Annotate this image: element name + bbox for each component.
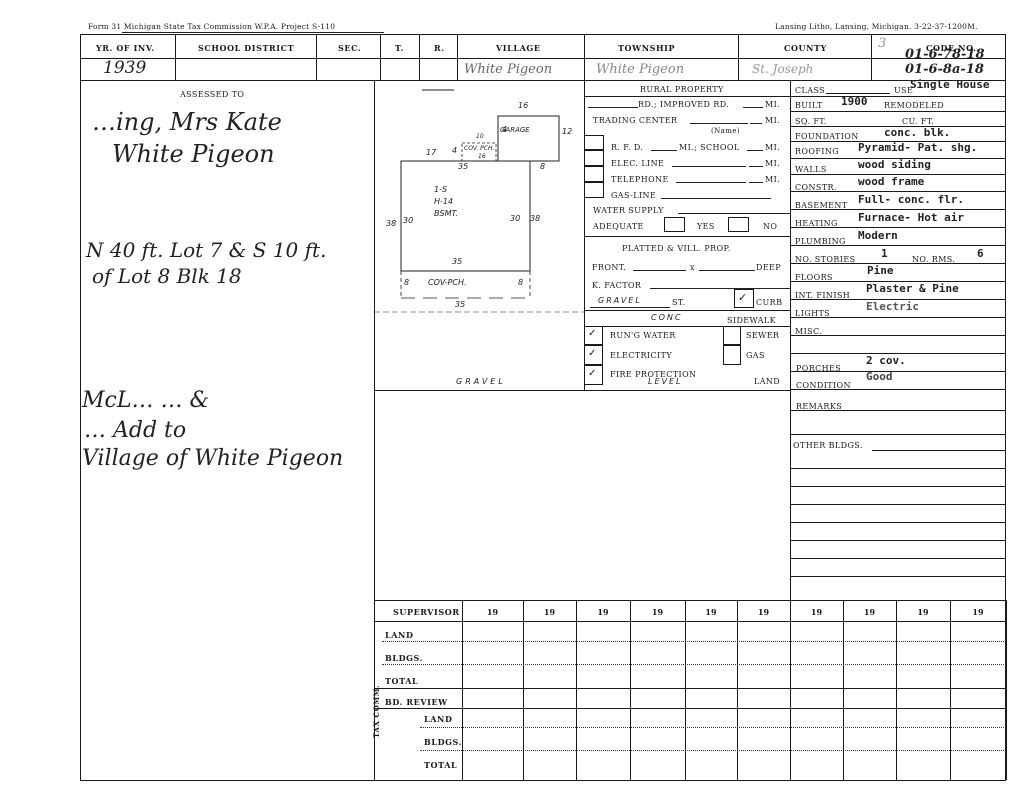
- dotted-rule: [382, 664, 1006, 665]
- check-mark-icon: ✓: [588, 348, 596, 359]
- use-value[interactable]: Single House: [910, 78, 989, 91]
- col-r: R.: [434, 43, 445, 53]
- year-column-header[interactable]: 19: [576, 607, 630, 617]
- gas-checkbox[interactable]: [723, 345, 741, 365]
- rule: [661, 198, 771, 199]
- plat-line-2[interactable]: … Add to: [84, 418, 186, 443]
- adequate-yes-label: YES: [697, 222, 715, 231]
- land-value[interactable]: LEVEL: [648, 377, 683, 386]
- dotted-rule: [420, 750, 1006, 751]
- valuation-col-divider: [523, 600, 524, 780]
- total-row-label: TOTAL: [385, 676, 418, 686]
- rule: [790, 558, 1006, 559]
- rule: [790, 191, 1006, 192]
- k-factor-label: K. FACTOR: [592, 281, 641, 290]
- code-mark: 3: [878, 36, 886, 51]
- col-divider: [316, 34, 317, 80]
- sketch-bottom: [374, 390, 790, 391]
- rooms-value[interactable]: 6: [977, 247, 984, 260]
- check-mark-icon: ✓: [588, 368, 596, 379]
- rule: [374, 688, 1006, 689]
- trading-center-label: TRADING CENTER: [593, 116, 677, 125]
- rule: [790, 504, 1006, 505]
- rule: [790, 317, 1006, 318]
- legal-desc-1[interactable]: N 40 ft. Lot 7 & S 10 ft.: [86, 238, 326, 262]
- building-sketch: [374, 80, 584, 390]
- walls-value[interactable]: wood siding: [858, 158, 931, 171]
- floors-value[interactable]: Pine: [867, 264, 894, 277]
- rule: [790, 576, 1006, 577]
- house-info-1: 1-S: [434, 185, 447, 194]
- land-row-label: LAND: [385, 630, 413, 640]
- year-column-header[interactable]: 19: [950, 607, 1006, 617]
- rule: [690, 123, 748, 124]
- valuation-col-divider: [685, 600, 686, 780]
- electricity-label: ELECTRICITY: [610, 351, 672, 360]
- valuation-col-divider: [896, 600, 897, 780]
- electricity-checkbox[interactable]: ✓: [584, 345, 603, 365]
- rule: [790, 468, 1006, 469]
- village-value[interactable]: White Pigeon: [464, 62, 552, 77]
- garage-side-dim: 12: [562, 127, 572, 136]
- rule: [651, 150, 677, 151]
- county-value[interactable]: St. Joseph: [752, 62, 813, 76]
- rd-label: RD.; IMPROVED RD.: [638, 100, 729, 109]
- basement-value[interactable]: Full- conc. flr.: [858, 193, 964, 206]
- code-line-1[interactable]: 01-6-78-18: [905, 47, 985, 62]
- garage-top-dim: 16: [518, 101, 528, 110]
- name-hint: (Name): [711, 127, 740, 135]
- assessed-to-label: ASSESSED TO: [180, 90, 244, 99]
- elec-line-label: ELEC. LINE: [611, 159, 664, 168]
- valuation-col-divider: [843, 600, 844, 780]
- rule: [790, 389, 1006, 390]
- rule: [790, 335, 1006, 336]
- telephone-checkbox[interactable]: [584, 166, 604, 182]
- rule: [872, 450, 1006, 451]
- left-inner-dim: 30: [403, 216, 413, 225]
- x-label: x: [690, 263, 695, 272]
- rule: [749, 166, 763, 167]
- year-column-header[interactable]: 19: [685, 607, 737, 617]
- rfd-checkbox[interactable]: [584, 135, 604, 150]
- house-bottom-dim: 35: [452, 257, 462, 266]
- porch-side-dim: 4: [452, 146, 457, 155]
- valuation-col-divider: [790, 600, 791, 780]
- right-inner-dim: 30: [510, 214, 520, 223]
- check-mark-icon: ✓: [588, 328, 596, 339]
- rule: [374, 621, 1006, 622]
- supervisor-label: SUPERVISOR: [393, 607, 460, 617]
- garage-label: GARAGE: [500, 126, 530, 134]
- col-school-district: SCHOOL DISTRICT: [198, 43, 294, 53]
- owner-city[interactable]: White Pigeon: [112, 140, 275, 168]
- rule: [650, 288, 790, 289]
- sidewalk-label: SIDEWALK: [727, 316, 776, 325]
- left-outer-dim: 38: [386, 219, 396, 228]
- rule: [374, 600, 1006, 601]
- gas-line-checkbox[interactable]: [584, 182, 604, 198]
- street-label: GRAVEL: [456, 377, 506, 386]
- printer-note: Lansing Litho, Lansing, Michigan. 3-22-3…: [775, 22, 978, 31]
- school-mi: MI.: [765, 143, 780, 152]
- street-value[interactable]: GRAVEL: [598, 296, 642, 305]
- rule: [749, 182, 763, 183]
- adequate-no-checkbox[interactable]: [728, 217, 749, 232]
- year-column-header[interactable]: 19: [630, 607, 685, 617]
- int-finish-value[interactable]: Plaster & Pine: [866, 282, 959, 295]
- rule: [790, 227, 1006, 228]
- year-column-header[interactable]: 19: [790, 607, 843, 617]
- dotted-rule: [382, 641, 1006, 642]
- col-divider: [584, 34, 585, 80]
- remodeled-label: REMODELED: [884, 101, 944, 110]
- rule: [672, 166, 746, 167]
- col-divider: [380, 34, 381, 80]
- heating-value[interactable]: Furnace- Hot air: [858, 211, 964, 224]
- roofing-value[interactable]: Pyramid- Pat. shg.: [858, 141, 977, 154]
- title-underline: [122, 32, 384, 33]
- valuation-col-divider: [950, 600, 951, 780]
- col-divider: [457, 34, 458, 80]
- plat-line-3[interactable]: Village of White Pigeon: [82, 446, 343, 471]
- rule: [790, 434, 1006, 435]
- constr-value[interactable]: wood frame: [858, 175, 924, 188]
- rule: [590, 307, 670, 308]
- rule: [790, 209, 1006, 210]
- roofing-label: ROOFING: [795, 147, 839, 156]
- col-yr-of-inv: YR. OF INV.: [96, 43, 155, 53]
- valuation-col-divider: [1006, 600, 1007, 780]
- rule: [584, 326, 790, 327]
- sewer-checkbox[interactable]: [723, 326, 741, 345]
- dotted-rule: [420, 727, 1006, 728]
- rule: [790, 245, 1006, 246]
- curb-label: CURB: [756, 298, 782, 307]
- telephone-label: TELEPHONE: [611, 175, 669, 184]
- header-divider: [80, 58, 1006, 59]
- foundation-label: FOUNDATION: [795, 132, 859, 141]
- elec-line-checkbox[interactable]: [584, 150, 604, 166]
- rule: [584, 310, 790, 311]
- gas-line-label: GAS-LINE: [611, 191, 656, 200]
- adequate-label: ADEQUATE: [593, 222, 644, 231]
- year-column-header[interactable]: 19: [843, 607, 896, 617]
- front-porch-label: COV-PCH.: [428, 278, 467, 287]
- rule: [826, 93, 890, 94]
- rule: [790, 111, 1006, 112]
- rule: [584, 96, 790, 97]
- rule: [750, 123, 762, 124]
- front-label: FRONT.: [592, 263, 626, 272]
- tc-total-label: TOTAL: [424, 760, 457, 770]
- sidewalk-value[interactable]: CONC: [651, 313, 682, 322]
- year-column-header[interactable]: 19: [896, 607, 950, 617]
- township-value[interactable]: White Pigeon: [596, 62, 684, 77]
- platted-title: PLATTED & VILL. PROP.: [622, 244, 731, 253]
- rule: [790, 540, 1006, 541]
- valuation-col-divider: [462, 600, 463, 780]
- right-outer-dim: 38: [530, 214, 540, 223]
- other-bldgs-label: OTHER BLDGS.: [793, 441, 863, 450]
- running-water-checkbox[interactable]: ✓: [584, 326, 603, 345]
- rule: [588, 107, 638, 108]
- rule: [790, 371, 1006, 372]
- tc-bldgs-label: BLDGS.: [424, 737, 462, 747]
- elec-mi: MI.: [765, 159, 780, 168]
- col-divider: [175, 34, 176, 80]
- porch-top-dim: 10: [476, 133, 484, 140]
- bldgs-row-label: BLDGS.: [385, 653, 423, 663]
- house-info-3: BSMT.: [434, 209, 458, 218]
- stories-value[interactable]: 1: [881, 247, 888, 260]
- built-label: BUILT: [795, 101, 823, 110]
- adequate-yes-checkbox[interactable]: [664, 217, 685, 232]
- rule: [678, 213, 790, 214]
- telephone-mi: MI.: [765, 175, 780, 184]
- condition-value[interactable]: Good: [866, 370, 893, 383]
- cuft-label: CU. FT.: [902, 117, 934, 126]
- gas-label: GAS: [746, 351, 765, 360]
- sqft-label: SQ. FT.: [795, 117, 827, 126]
- code-line-2[interactable]: 01-6-8a-18: [905, 62, 984, 77]
- right-top-dim: 8: [540, 162, 545, 171]
- year-value[interactable]: 1939: [103, 58, 146, 78]
- st-label: ST.: [672, 298, 685, 307]
- porch-label: COV. PCH.: [464, 145, 494, 152]
- bd-review-label: BD. REVIEW: [385, 697, 448, 707]
- tax-comm-label: TAX COMM.: [372, 698, 381, 738]
- col-divider: [871, 34, 872, 80]
- col-township: TOWNSHIP: [618, 43, 675, 53]
- water-supply-label: WATER SUPPLY: [593, 206, 664, 215]
- rule: [584, 236, 790, 237]
- rfd-school: MI.; SCHOOL: [679, 143, 740, 152]
- year-column-header[interactable]: 19: [737, 607, 790, 617]
- owner-name[interactable]: …ing, Mrs Kate: [92, 108, 282, 136]
- tc-land-label: LAND: [424, 714, 452, 724]
- curb-checkbox[interactable]: ✓: [734, 289, 754, 308]
- built-value[interactable]: 1900: [841, 95, 868, 108]
- running-water-label: RUN'G WATER: [610, 331, 676, 340]
- front-bottom-dim: 35: [455, 300, 465, 309]
- rule: [790, 96, 1006, 97]
- class-label: CLASS: [795, 86, 825, 95]
- left-top-dim: 17: [426, 148, 436, 157]
- sewer-label: SEWER: [746, 331, 779, 340]
- house-top-dim: 35: [458, 162, 468, 171]
- front-porch-right-dim: 8: [518, 278, 523, 287]
- rule: [676, 182, 746, 183]
- rural-title: RURAL PROPERTY: [640, 85, 724, 94]
- col-sec: SEC.: [338, 43, 361, 53]
- valuation-col-divider: [737, 600, 738, 780]
- porch-bottom-dim: 16: [478, 153, 486, 160]
- rule: [747, 150, 763, 151]
- adequate-no-label: NO: [763, 222, 777, 231]
- rule: [790, 410, 1006, 411]
- land-label: LAND: [754, 377, 780, 386]
- rule: [790, 263, 1006, 264]
- year-column-header[interactable]: 19: [462, 607, 523, 617]
- rule: [790, 522, 1006, 523]
- house-info-2: H-14: [434, 197, 453, 206]
- col-divider: [738, 34, 739, 80]
- deep-label: DEEP: [756, 263, 781, 272]
- rule: [633, 270, 686, 271]
- form-title: Form 31 Michigan State Tax Commission W.…: [88, 22, 335, 31]
- col-county: COUNTY: [784, 43, 827, 53]
- year-column-header[interactable]: 19: [523, 607, 576, 617]
- fire-protection-checkbox[interactable]: ✓: [584, 365, 603, 385]
- plumbing-value[interactable]: Modern: [858, 229, 898, 242]
- lights-value[interactable]: Electric: [866, 300, 919, 313]
- plat-line-1[interactable]: McL… … &: [82, 388, 209, 413]
- walls-label: WALLS: [795, 165, 827, 174]
- rule: [699, 270, 755, 271]
- col-t: T.: [395, 43, 404, 53]
- porches-value[interactable]: 2 cov.: [866, 354, 906, 367]
- rfd-label: R. F. D.: [611, 143, 643, 152]
- rule: [374, 708, 1006, 709]
- rd-mi: MI.: [765, 100, 780, 109]
- valuation-col-divider: [576, 600, 577, 780]
- valuation-col-divider: [630, 600, 631, 780]
- front-porch-left-dim: 8: [404, 278, 409, 287]
- rule: [790, 486, 1006, 487]
- check-mark-icon: ✓: [738, 291, 747, 304]
- col-village: VILLAGE: [496, 43, 541, 53]
- rule: [743, 107, 763, 108]
- trading-mi: MI.: [765, 116, 780, 125]
- legal-desc-2[interactable]: of Lot 8 Blk 18: [92, 264, 242, 288]
- foundation-value[interactable]: conc. blk.: [884, 126, 950, 139]
- col-divider: [419, 34, 420, 80]
